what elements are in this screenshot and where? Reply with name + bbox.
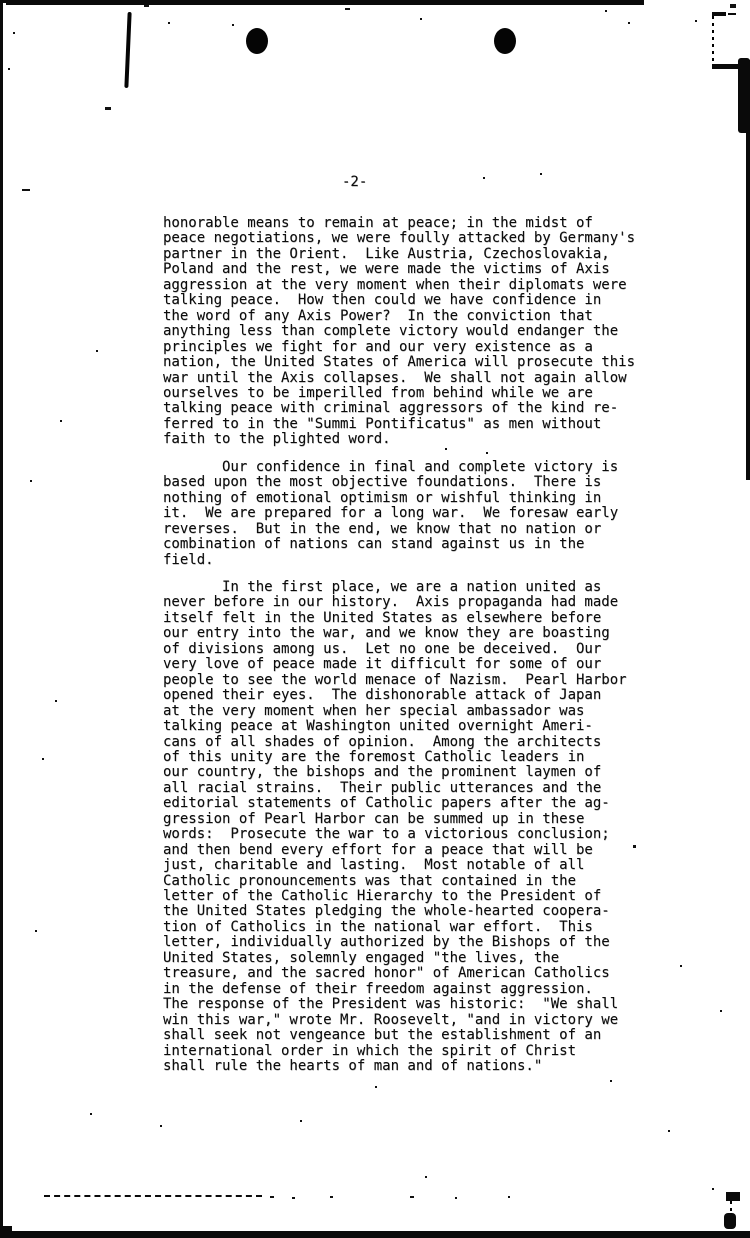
noise-speck [486,452,488,454]
scan-edge-bottom [0,1231,750,1238]
noise-speck [720,1010,722,1012]
corner-bracket-arrow [728,13,736,15]
noise-speck [375,1086,377,1088]
corner-bracket-left [712,16,714,64]
scanned-document-page: -2- honorable means to remain at peace; … [0,0,750,1238]
fold-line-dot [508,1196,510,1198]
noise-speck [105,107,111,110]
noise-speck [628,22,630,24]
noise-speck [668,1130,670,1132]
corner-bracket-top [712,12,726,16]
paragraph-1: honorable means to remain at peace; in t… [163,216,703,448]
bottom-right-artifact-blob [724,1213,736,1229]
fold-line-dot [270,1196,274,1198]
noise-speck [633,845,636,848]
noise-speck [35,930,37,932]
noise-speck [712,1188,714,1190]
punch-hole-left [246,28,268,54]
fold-line-dot [330,1196,333,1198]
corner-bracket-bottom [712,64,738,69]
noise-speck [610,1080,612,1082]
noise-speck [55,700,57,702]
paragraph-3: In the first place, we are a nation unit… [163,580,703,1075]
fold-dashed-line [44,1195,262,1197]
scan-edge-right-blob [738,58,750,133]
noise-speck [445,448,447,450]
bottom-right-artifact [726,1192,740,1201]
noise-speck [8,68,10,70]
noise-speck [160,1125,162,1127]
corner-bracket-bottom-fuzz [738,66,746,69]
noise-speck [60,420,62,422]
page-number: -2- [342,174,367,190]
noise-speck [90,1113,92,1115]
punch-hole-right [494,28,516,54]
noise-speck [30,480,32,482]
noise-speck [345,8,350,10]
pen-stroke-mark [124,12,131,88]
fold-line-dot [455,1197,457,1199]
scan-edge-top [6,0,644,5]
noise-speck [695,20,697,22]
noise-speck [605,10,607,12]
paragraph-2: Our confidence in final and complete vic… [163,460,703,568]
noise-speck [232,24,234,26]
noise-speck [680,965,682,967]
noise-speck [168,22,170,24]
noise-speck [730,4,736,8]
fold-line-dot [292,1197,295,1199]
noise-speck [144,5,149,7]
noise-speck [96,350,98,352]
noise-speck [300,1120,302,1122]
noise-speck [13,32,15,34]
noise-speck [540,173,542,175]
noise-speck [42,758,44,760]
noise-speck [483,177,485,179]
scan-edge-bottom-left [0,1226,12,1238]
noise-speck [420,18,422,20]
noise-speck [425,1176,427,1178]
fold-line-dot [410,1196,414,1198]
document-body: honorable means to remain at peace; in t… [163,216,703,1086]
scan-edge-left [0,0,3,1238]
noise-speck [22,189,30,191]
